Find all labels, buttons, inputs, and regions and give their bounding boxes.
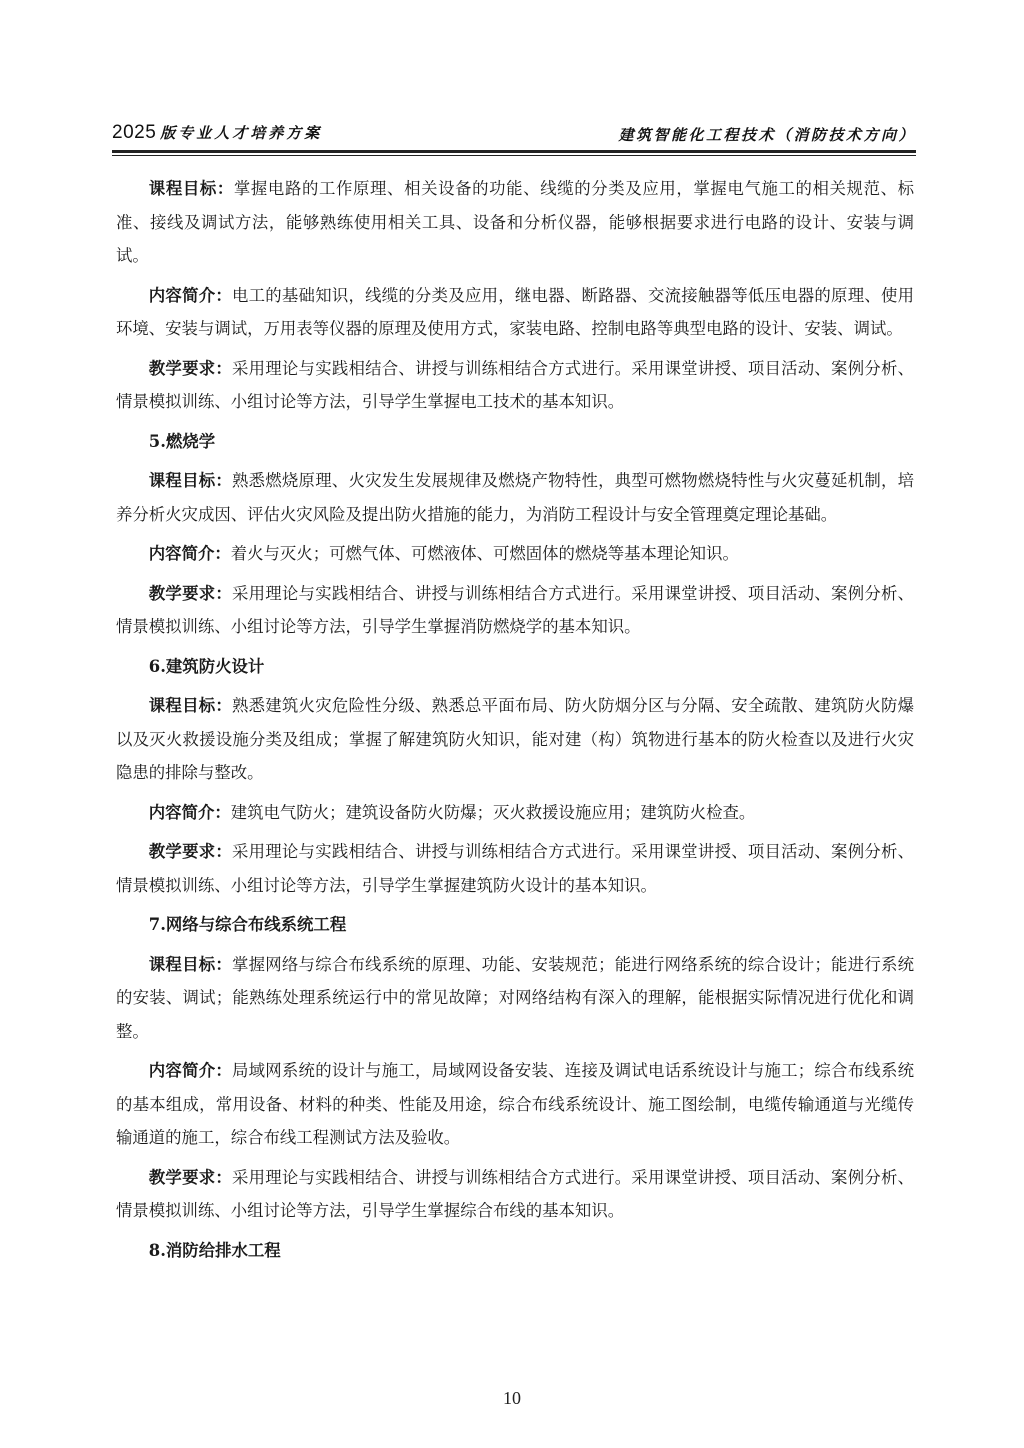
paragraph-teaching-requirements: 教学要求：采用理论与实践相结合、讲授与训练相结合方式进行。采用课堂讲授、项目活动… (116, 577, 914, 644)
header-year: 2025 (112, 122, 156, 143)
paragraph-label: 教学要求： (149, 1168, 232, 1187)
paragraph-text: 着火与灭火；可燃气体、可燃液体、可燃固体的燃烧等基本理论知识。 (231, 544, 739, 563)
section-title-fire-water-supply: 8.消防给排水工程 (116, 1234, 914, 1268)
page-header: 2025版专业人才培养方案 建筑智能化工程技术（消防技术方向） (112, 120, 916, 150)
paragraph-text: 采用理论与实践相结合、讲授与训练相结合方式进行。采用课堂讲授、项目活动、案例分析… (116, 1168, 914, 1221)
paragraph-content-summary: 内容简介：建筑电气防火；建筑设备防火防爆；灭火救援设施应用；建筑防火检查。 (116, 796, 914, 830)
paragraph-label: 课程目标： (149, 179, 234, 198)
paragraph-text: 掌握电路的工作原理、相关设备的功能、线缆的分类及应用，掌握电气施工的相关规范、标… (116, 179, 914, 265)
paragraph-text: 局域网系统的设计与施工，局域网设备安装、连接及调试电话系统设计与施工；综合布线系… (116, 1061, 914, 1147)
paragraph-text: 掌握网络与综合布线系统的原理、功能、安装规范；能进行网络系统的综合设计；能进行系… (116, 955, 914, 1041)
header-rule-thick (112, 150, 916, 153)
paragraph-teaching-requirements: 教学要求：采用理论与实践相结合、讲授与训练相结合方式进行。采用课堂讲授、项目活动… (116, 1161, 914, 1228)
section-title-network-cabling: 7.网络与综合布线系统工程 (116, 908, 914, 942)
paragraph-text: 熟悉燃烧原理、火灾发生发展规律及燃烧产物特性，典型可燃物燃烧特性与火灾蔓延机制，… (116, 471, 914, 524)
header-document-title: 2025版专业人才培养方案 (112, 122, 322, 144)
paragraph-text: 电工的基础知识，线缆的分类及应用，继电器、断路器、交流接触器等低压电器的原理、使… (116, 286, 914, 339)
paragraph-course-objective: 课程目标：掌握网络与综合布线系统的原理、功能、安装规范；能进行网络系统的综合设计… (116, 948, 914, 1049)
document-body: 课程目标：掌握电路的工作原理、相关设备的功能、线缆的分类及应用，掌握电气施工的相… (116, 172, 914, 1273)
page-number: 10 (0, 1388, 1024, 1409)
paragraph-label: 教学要求： (149, 842, 232, 861)
paragraph-text: 熟悉建筑火灾危险性分级、熟悉总平面布局、防火防烟分区与分隔、安全疏散、建筑防火防… (116, 696, 914, 782)
paragraph-course-objective: 课程目标：熟悉燃烧原理、火灾发生发展规律及燃烧产物特性，典型可燃物燃烧特性与火灾… (116, 464, 914, 531)
paragraph-label: 课程目标： (149, 696, 232, 715)
paragraph-content-summary: 内容简介：着火与灭火；可燃气体、可燃液体、可燃固体的燃烧等基本理论知识。 (116, 537, 914, 571)
paragraph-course-objective: 课程目标：熟悉建筑火灾危险性分级、熟悉总平面布局、防火防烟分区与分隔、安全疏散、… (116, 689, 914, 790)
paragraph-text: 采用理论与实践相结合、讲授与训练相结合方式进行。采用课堂讲授、项目活动、案例分析… (116, 584, 914, 637)
paragraph-text: 采用理论与实践相结合、讲授与训练相结合方式进行。采用课堂讲授、项目活动、案例分析… (116, 842, 914, 895)
paragraph-course-objective: 课程目标：掌握电路的工作原理、相关设备的功能、线缆的分类及应用，掌握电气施工的相… (116, 172, 914, 273)
paragraph-teaching-requirements: 教学要求：采用理论与实践相结合、讲授与训练相结合方式进行。采用课堂讲授、项目活动… (116, 352, 914, 419)
header-plan-title: 版专业人才培养方案 (160, 124, 322, 142)
paragraph-label: 教学要求： (149, 584, 232, 603)
header-rule-thin (112, 155, 916, 156)
paragraph-content-summary: 内容简介：电工的基础知识，线缆的分类及应用，继电器、断路器、交流接触器等低压电器… (116, 279, 914, 346)
paragraph-text: 建筑电气防火；建筑设备防火防爆；灭火救援设施应用；建筑防火检查。 (231, 803, 756, 822)
paragraph-label: 内容简介： (149, 803, 231, 822)
paragraph-label: 教学要求： (149, 359, 232, 378)
section-title-combustion: 5.燃烧学 (116, 425, 914, 459)
paragraph-label: 内容简介： (149, 544, 231, 563)
paragraph-label: 内容简介： (149, 286, 232, 305)
header-major-title: 建筑智能化工程技术（消防技术方向） (618, 124, 916, 145)
paragraph-label: 内容简介： (149, 1061, 232, 1080)
paragraph-content-summary: 内容简介：局域网系统的设计与施工，局域网设备安装、连接及调试电话系统设计与施工；… (116, 1054, 914, 1155)
section-title-building-fire-design: 6.建筑防火设计 (116, 650, 914, 684)
paragraph-label: 课程目标： (149, 471, 232, 490)
paragraph-label: 课程目标： (149, 955, 232, 974)
paragraph-text: 采用理论与实践相结合、讲授与训练相结合方式进行。采用课堂讲授、项目活动、案例分析… (116, 359, 914, 412)
paragraph-teaching-requirements: 教学要求：采用理论与实践相结合、讲授与训练相结合方式进行。采用课堂讲授、项目活动… (116, 835, 914, 902)
